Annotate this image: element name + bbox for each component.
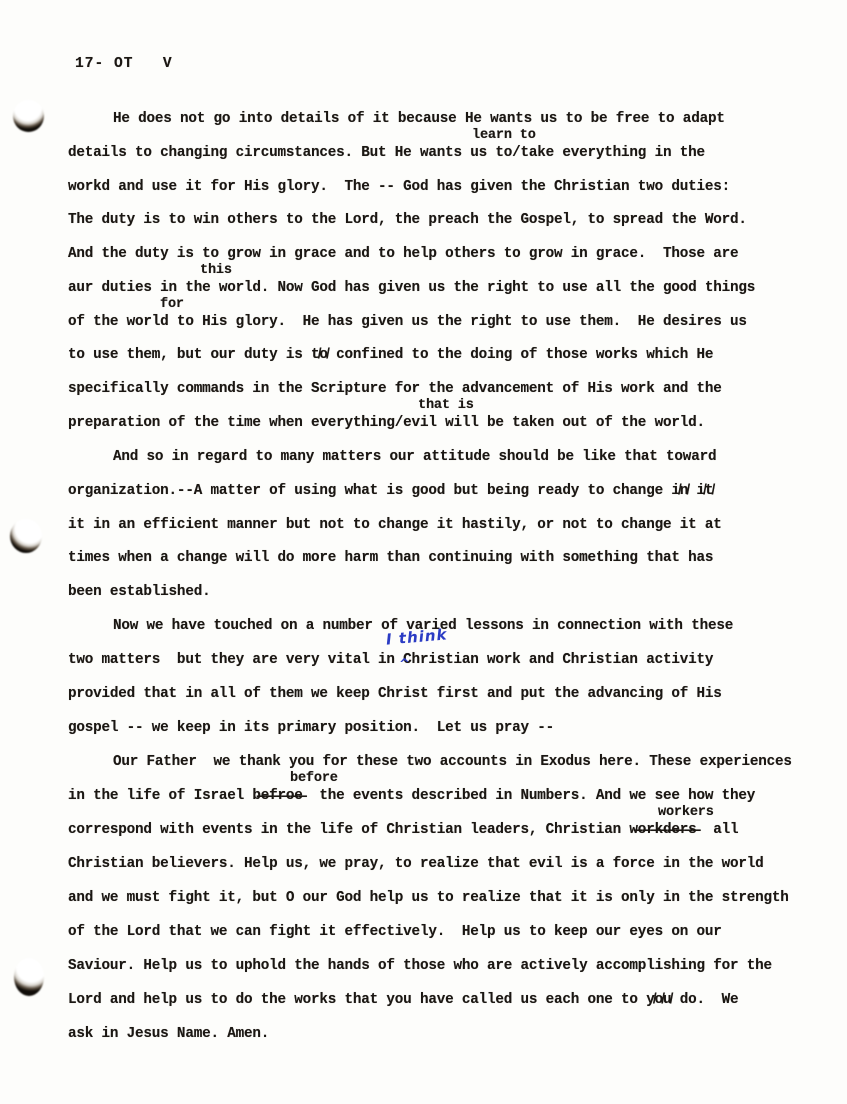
page-header-label: 17- OT V [75,55,173,73]
typed-line: Our Father we thank you for these two ac… [113,753,792,771]
typed-line: of the world to His glory. He has given … [68,313,747,331]
typed-line: preparation of the time when everything/… [68,414,705,432]
interline-insertion: learn to [472,127,536,145]
typed-line: been established. [68,583,210,601]
typed-line: to use them, but our duty is t̸o̸ confin… [68,346,713,364]
typed-line: organization.--A matter of using what is… [68,482,713,500]
typed-line: workd and use it for His glory. The -- G… [68,178,730,196]
typed-line: in the life of Israel b̶e̶f̶r̶o̶e̶ the e… [68,787,755,805]
typed-line: times when a change will do more harm th… [68,549,713,567]
interline-insertion: this [200,262,232,280]
typed-line: it in an efficient manner but not to cha… [68,516,722,534]
interline-insertion: before [290,770,338,788]
typed-line: correspond with events in the life of Ch… [68,821,738,839]
scanned-document-page: 17- OT V He does not go into details of … [0,0,847,1104]
typed-line: Saviour. Help us to uphold the hands of … [68,957,772,975]
hole-punch-mark [13,100,44,132]
typed-line: Lord and help us to do the works that yo… [68,991,738,1009]
interline-insertion: workers [658,804,714,822]
typed-line: details to changing circumstances. But H… [68,144,705,162]
typed-line: The duty is to win others to the Lord, t… [68,211,747,229]
handwritten-note: I think [385,625,448,648]
typed-line: and we must fight it, but O our God help… [68,889,789,907]
typed-line: Christian believers. Help us, we pray, t… [68,855,764,873]
interline-insertion: that is [418,397,474,415]
hole-punch-mark [14,958,44,996]
typed-line: of the Lord that we can fight it effecti… [68,923,722,941]
typed-line: provided that in all of them we keep Chr… [68,685,722,703]
hole-punch-mark [10,519,42,553]
typed-line: two matters but they are very vital in C… [68,651,713,669]
typed-line: ask in Jesus Name. Amen. [68,1025,269,1043]
typed-line: He does not go into details of it becaus… [113,110,725,128]
typed-line: specifically commands in the Scripture f… [68,380,722,398]
interline-insertion: for [160,296,184,314]
insertion-caret-mark: ^ [399,657,410,672]
typed-line: And the duty is to grow in grace and to … [68,245,738,263]
typed-line: gospel -- we keep in its primary positio… [68,719,554,737]
typed-line: And so in regard to many matters our att… [113,448,716,466]
typed-line: aur duties in the world. Now God has giv… [68,279,755,297]
